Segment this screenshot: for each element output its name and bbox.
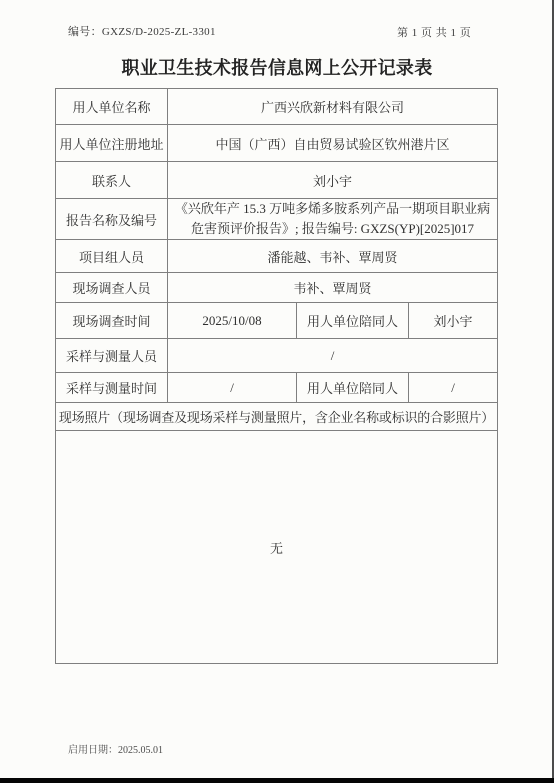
row-label: 用人单位注册地址	[56, 125, 168, 162]
record-table: 用人单位名称 广西兴欣新材料有限公司 用人单位注册地址 中国（广西）自由贸易试验…	[55, 88, 498, 664]
row-value-secondary: /	[409, 373, 498, 403]
row-value: 中国（广西）自由贸易试验区钦州港片区	[168, 125, 498, 162]
photo-section-header: 现场照片（现场调查及现场采样与测量照片，含企业名称或标识的合影照片）	[56, 403, 498, 431]
document-page: 编号：GXZS/D-2025-ZL-3301 第 1 页 共 1 页 职业卫生技…	[0, 0, 554, 783]
row-label: 现场调查时间	[56, 303, 168, 339]
row-label: 现场调查人员	[56, 273, 168, 303]
effective-date-label: 启用日期：	[68, 745, 118, 756]
table-row: 项目组人员 潘能越、韦补、覃周贤	[56, 240, 498, 273]
photo-section-content: 无	[56, 431, 498, 664]
row-value: 2025/10/08	[168, 303, 297, 339]
table-row: 联系人 刘小宇	[56, 162, 498, 199]
row-value: /	[168, 373, 297, 403]
row-label-secondary: 用人单位陪同人	[297, 303, 409, 339]
row-label: 用人单位名称	[56, 89, 168, 125]
table-row: 现场调查时间 2025/10/08 用人单位陪同人 刘小宇	[56, 303, 498, 339]
effective-date: 启用日期：2025.05.01	[68, 741, 163, 756]
row-value: 潘能越、韦补、覃周贤	[168, 240, 498, 273]
table-row: 现场照片（现场调查及现场采样与测量照片，含企业名称或标识的合影照片）	[56, 403, 498, 431]
doc-number: 编号：GXZS/D-2025-ZL-3301	[68, 23, 216, 39]
row-value: 刘小宇	[168, 162, 498, 199]
row-value: 韦补、覃周贤	[168, 273, 498, 303]
row-value: 广西兴欣新材料有限公司	[168, 89, 498, 125]
table-row: 无	[56, 431, 498, 664]
row-label: 采样与测量时间	[56, 373, 168, 403]
row-label: 联系人	[56, 162, 168, 199]
scan-edge-bottom	[0, 778, 554, 783]
page-title: 职业卫生技术报告信息网上公开记录表	[0, 54, 554, 80]
table-row: 现场调查人员 韦补、覃周贤	[56, 273, 498, 303]
effective-date-value: 2025.05.01	[118, 745, 163, 756]
table-row: 采样与测量时间 / 用人单位陪同人 /	[56, 373, 498, 403]
page-indicator: 第 1 页 共 1 页	[397, 24, 471, 40]
table-row: 用人单位注册地址 中国（广西）自由贸易试验区钦州港片区	[56, 125, 498, 162]
row-value-secondary: 刘小宇	[409, 303, 498, 339]
table-row: 用人单位名称 广西兴欣新材料有限公司	[56, 89, 498, 125]
row-label: 采样与测量人员	[56, 339, 168, 373]
row-value: /	[168, 339, 498, 373]
row-value: 《兴欣年产 15.3 万吨多烯多胺系列产品一期项目职业病危害预评价报告》; 报告…	[168, 199, 498, 240]
row-label-secondary: 用人单位陪同人	[297, 373, 409, 403]
doc-number-value: GXZS/D-2025-ZL-3301	[102, 26, 216, 38]
row-label: 项目组人员	[56, 240, 168, 273]
table-row: 采样与测量人员 /	[56, 339, 498, 373]
row-label: 报告名称及编号	[56, 199, 168, 240]
doc-number-label: 编号：	[68, 26, 102, 38]
table-row: 报告名称及编号 《兴欣年产 15.3 万吨多烯多胺系列产品一期项目职业病危害预评…	[56, 199, 498, 240]
